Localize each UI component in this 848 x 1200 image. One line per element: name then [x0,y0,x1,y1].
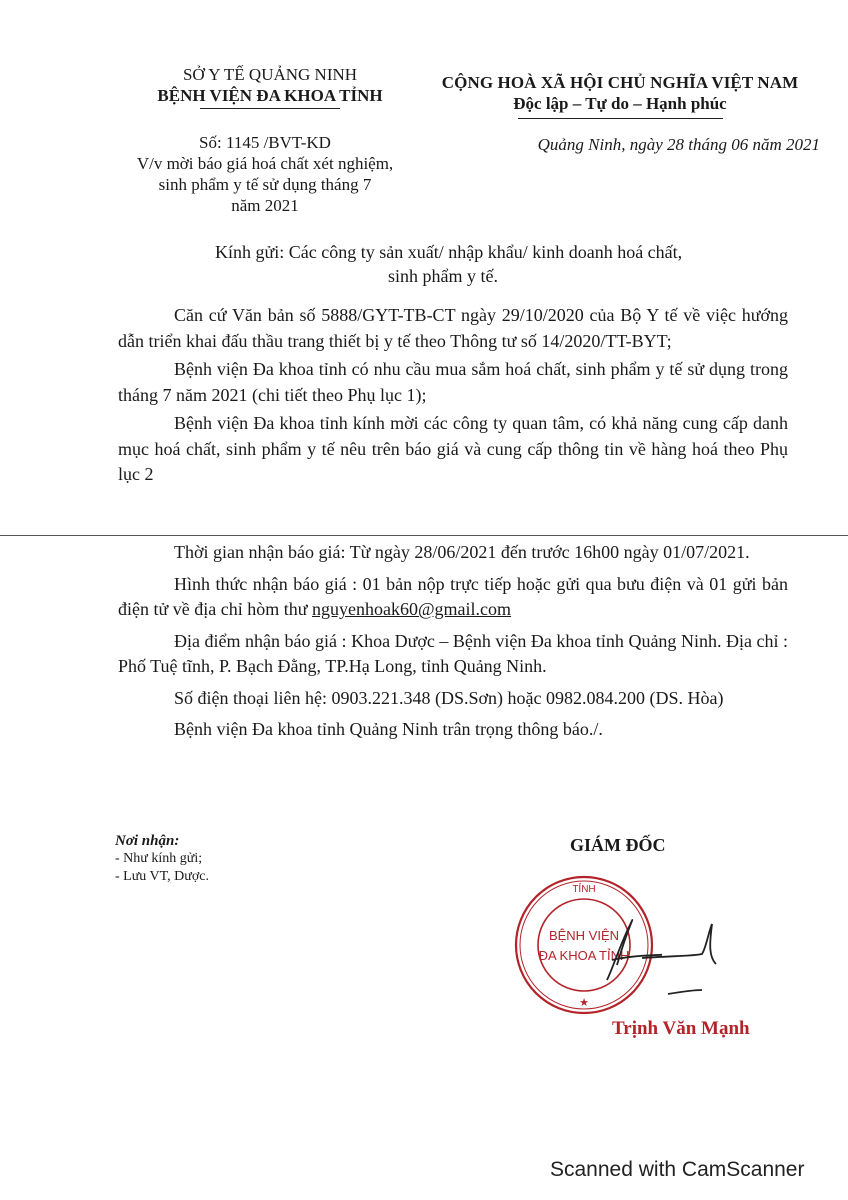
scanner-watermark: Scanned with CamScanner [550,1158,804,1182]
paragraph-form: Hình thức nhận báo giá : 01 bản nộp trực… [118,572,788,623]
national-title: CỘNG HOÀ XÃ HỘI CHỦ NGHĨA VIỆT NAM [420,72,820,93]
paragraph-legal-basis: Căn cứ Văn bản số 5888/GYT-TB-CT ngày 29… [118,303,788,354]
svg-text:BỆNH VIỆN: BỆNH VIỆN [549,928,619,943]
issuer-header: SỞ Y TẾ QUẢNG NINH BỆNH VIỆN ĐA KHOA TỈN… [100,64,440,109]
distribution-list: Nơi nhận: - Như kính gửi; - Lưu VT, Dược… [115,832,209,886]
subject-line: năm 2021 [100,195,430,216]
signer-name: Trịnh Văn Mạnh [612,1018,750,1040]
header-underline [200,108,340,109]
national-header: CỘNG HOÀ XÃ HỘI CHỦ NGHĨA VIỆT NAM Độc l… [420,72,820,119]
signatory-title: GIÁM ĐỐC [570,835,666,856]
recipients: Kính gửi: Các công ty sản xuất/ nhập khẩ… [215,240,815,288]
paragraph-need: Bệnh viện Đa khoa tỉnh có nhu cầu mua sắ… [118,357,788,408]
recipients-line-2: sinh phẩm y tế. [215,264,815,288]
place-date: Quảng Ninh, ngày 28 tháng 06 năm 2021 [440,135,820,155]
email-link[interactable]: nguyenhoak60@gmail.com [312,599,511,619]
organization-name: BỆNH VIỆN ĐA KHOA TỈNH [100,85,440,106]
page-fold-line [0,535,848,536]
recipients-line-1: Kính gửi: Các công ty sản xuất/ nhập khẩ… [215,240,815,264]
body-section-1: Căn cứ Văn bản số 5888/GYT-TB-CT ngày 29… [118,303,788,491]
signature-stroke-icon [640,920,720,1000]
svg-text:TỈNH: TỈNH [572,882,595,895]
paragraph-invitation: Bệnh viện Đa khoa tỉnh kính mời các công… [118,411,788,488]
motto-underline [518,118,723,119]
body-section-2: Thời gian nhận báo giá: Từ ngày 28/06/20… [118,540,788,749]
distribution-item: - Như kính gửi; [115,850,209,868]
paragraph-closing: Bệnh viện Đa khoa tỉnh Quảng Ninh trân t… [118,717,788,743]
subject-line: V/v mời báo giá hoá chất xét nghiệm, [100,153,430,174]
document-number: Số: 1145 /BVT-KD [100,132,430,153]
department-name: SỞ Y TẾ QUẢNG NINH [100,64,440,85]
national-motto: Độc lập – Tự do – Hạnh phúc [420,93,820,114]
reference-block: Số: 1145 /BVT-KD V/v mời báo giá hoá chấ… [100,132,430,216]
distribution-item: - Lưu VT, Dược. [115,868,209,886]
paragraph-location: Địa điểm nhận báo giá : Khoa Dược – Bệnh… [118,629,788,680]
paragraph-phone: Số điện thoại liên hệ: 0903.221.348 (DS.… [118,686,788,712]
paragraph-time: Thời gian nhận báo giá: Từ ngày 28/06/20… [118,540,788,566]
svg-text:★: ★ [579,997,589,1009]
distribution-title: Nơi nhận: [115,832,209,850]
subject-line: sinh phẩm y tế sử dụng tháng 7 [100,174,430,195]
